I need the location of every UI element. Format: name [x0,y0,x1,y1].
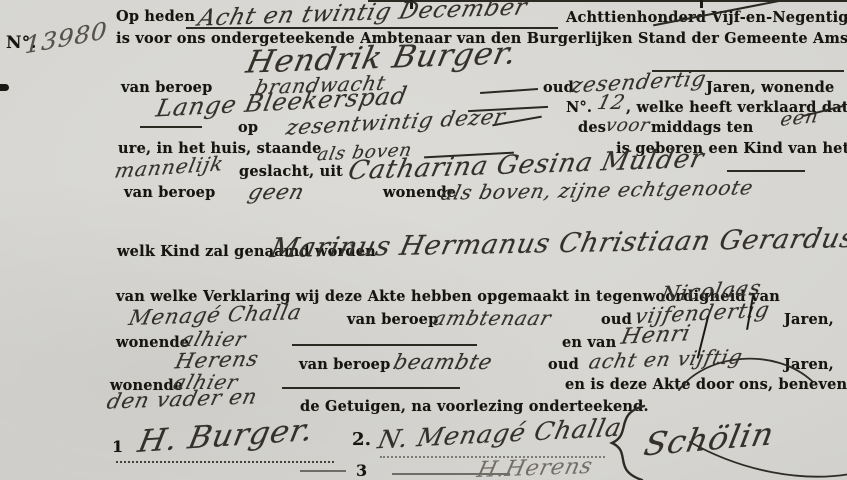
printed-mother-van-beroep: van beroep [124,184,215,201]
signature3-index: 3 [356,461,367,480]
printed-year: Achttienhonderd Vijf-en-Negentig, [566,9,847,26]
printed-closing-part2: de Getuigen, na voorlezing onderteekend. [300,398,649,415]
handwritten-child-name: Marinus Hermanus Christiaan Gerardus. [268,223,847,264]
handwritten-vader: den vader en [105,384,260,413]
printed-op-heden: Op heden [116,8,195,25]
handwritten-witness1-beroep: ambtenaar [431,306,554,330]
handwritten-mother-wonende: als boven, zijne echtgenoote [439,175,756,204]
pen-flourish [675,350,820,395]
pen-dash [480,88,538,94]
printed-house-no-label: N°. [566,99,592,116]
signature-witness1: N. Menagé Challa [375,413,624,455]
printed-w2-oud: oud [548,356,579,373]
birth-certificate-scan: N°. 13980 Op heden Acht en twintig Decem… [0,0,847,480]
printed-des: des [578,119,606,136]
printed-geslacht-uit: geslacht, uit [239,163,343,180]
record-number-value: 13980 [24,17,108,60]
handwritten-witness2-first: Henri [619,321,693,350]
pen-dash [282,387,460,389]
registrar-signature-tail [688,440,847,480]
ruled-line [186,27,558,29]
printed-w2-van-beroep: van beroep [299,356,390,373]
signature-dotted-line [116,461,334,463]
handwritten-dagdeel: voor [603,115,652,136]
pen-dash [727,170,805,172]
handwritten-mother-beroep: geen [246,180,308,204]
signature2-index: 2. [352,429,371,450]
handwritten-house-no: 12 [595,90,628,114]
handwritten-witness1-last: Menagé Challa [127,300,305,330]
pen-dash [292,344,477,346]
printed-op: op [238,119,258,136]
signature-witness2: H.Herens [475,454,596,480]
pen-dash [300,470,346,472]
printed-jaren-wonende: Jaren, wonende [706,79,834,96]
printed-middags-ten: middags ten [651,119,754,136]
pen-dash [140,126,202,128]
handwritten-hour: een [779,105,821,131]
printed-w1-jaren: Jaren, [784,311,834,328]
top-border-tick [700,0,703,8]
printed-w1-van-beroep: van beroep [347,311,438,328]
signature-declarant: H. Burger. [135,412,317,460]
handwritten-age: zesendertig [569,67,709,98]
scan-edge-mark [0,84,9,91]
handwritten-witness2-beroep: beambte [391,350,496,374]
signature1-index: 1 [112,437,123,456]
